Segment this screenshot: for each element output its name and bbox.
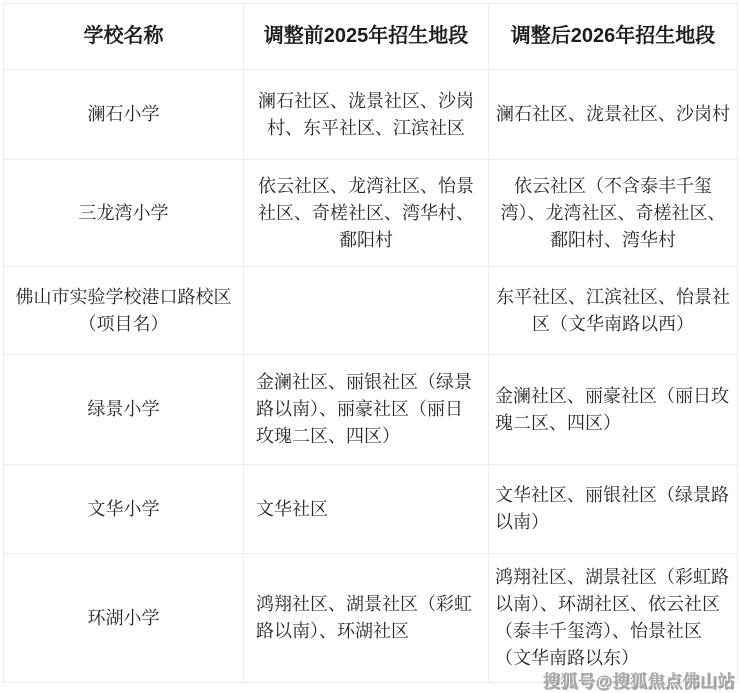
after-district-cell: 鸿翔社区、湖景社区（彩虹路以南）、环湖社区、依云社区（泰丰千玺湾）、怡景社区（文… [489,554,738,683]
table-row: 绿景小学 金澜社区、丽银社区（绿景路以南）、丽豪社区（丽日玫瑰二区、四区） 金澜… [4,355,738,465]
table-row: 澜石小学 澜石社区、泷景社区、沙岗村、东平社区、江滨社区 澜石社区、泷景社区、沙… [4,70,738,160]
before-district-cell: 文华社区 [244,465,489,554]
watermark-sohu-focus: 搜狐号@搜狐焦点佛山站 [543,667,735,692]
school-name-cell: 环湖小学 [4,554,244,683]
after-district-cell: 东平社区、江滨社区、怡景社区（文华南路以西） [489,267,738,355]
school-name-cell: 三龙湾小学 [4,160,244,267]
after-district-cell: 金澜社区、丽豪社区（丽日玫瑰二区、四区） [489,355,738,465]
before-district-cell: 金澜社区、丽银社区（绿景路以南）、丽豪社区（丽日玫瑰二区、四区） [244,355,489,465]
after-district-cell: 文华社区、丽银社区（绿景路以南） [489,465,738,554]
school-name-cell: 佛山市实验学校港口路校区（项目名） [4,267,244,355]
table-header-row: 学校名称 调整前2025年招生地段 调整后2026年招生地段 [4,4,738,70]
before-district-cell: 澜石社区、泷景社区、沙岗村、东平社区、江滨社区 [244,70,489,160]
table-row: 三龙湾小学 依云社区、龙湾社区、怡景社区、奇槎社区、湾华村、鄱阳村 依云社区（不… [4,160,738,267]
header-after-2026-district: 调整后2026年招生地段 [489,4,738,70]
school-name-cell: 绿景小学 [4,355,244,465]
school-name-cell: 文华小学 [4,465,244,554]
table-row: 环湖小学 鸿翔社区、湖景社区（彩虹路以南）、环湖社区 鸿翔社区、湖景社区（彩虹路… [4,554,738,683]
table-row: 文华小学 文华社区 文华社区、丽银社区（绿景路以南） [4,465,738,554]
header-school-name: 学校名称 [4,4,244,70]
before-district-cell: 依云社区、龙湾社区、怡景社区、奇槎社区、湾华村、鄱阳村 [244,160,489,267]
header-before-2025-district: 调整前2025年招生地段 [244,4,489,70]
after-district-cell: 澜石社区、泷景社区、沙岗村 [489,70,738,160]
table-row: 佛山市实验学校港口路校区（项目名） 东平社区、江滨社区、怡景社区（文华南路以西） [4,267,738,355]
enrollment-district-table: 学校名称 调整前2025年招生地段 调整后2026年招生地段 澜石小学 澜石社区… [3,3,738,683]
before-district-cell [244,267,489,355]
after-district-cell: 依云社区（不含泰丰千玺湾）、龙湾社区、奇槎社区、鄱阳村、湾华村 [489,160,738,267]
school-name-cell: 澜石小学 [4,70,244,160]
before-district-cell: 鸿翔社区、湖景社区（彩虹路以南）、环湖社区 [244,554,489,683]
